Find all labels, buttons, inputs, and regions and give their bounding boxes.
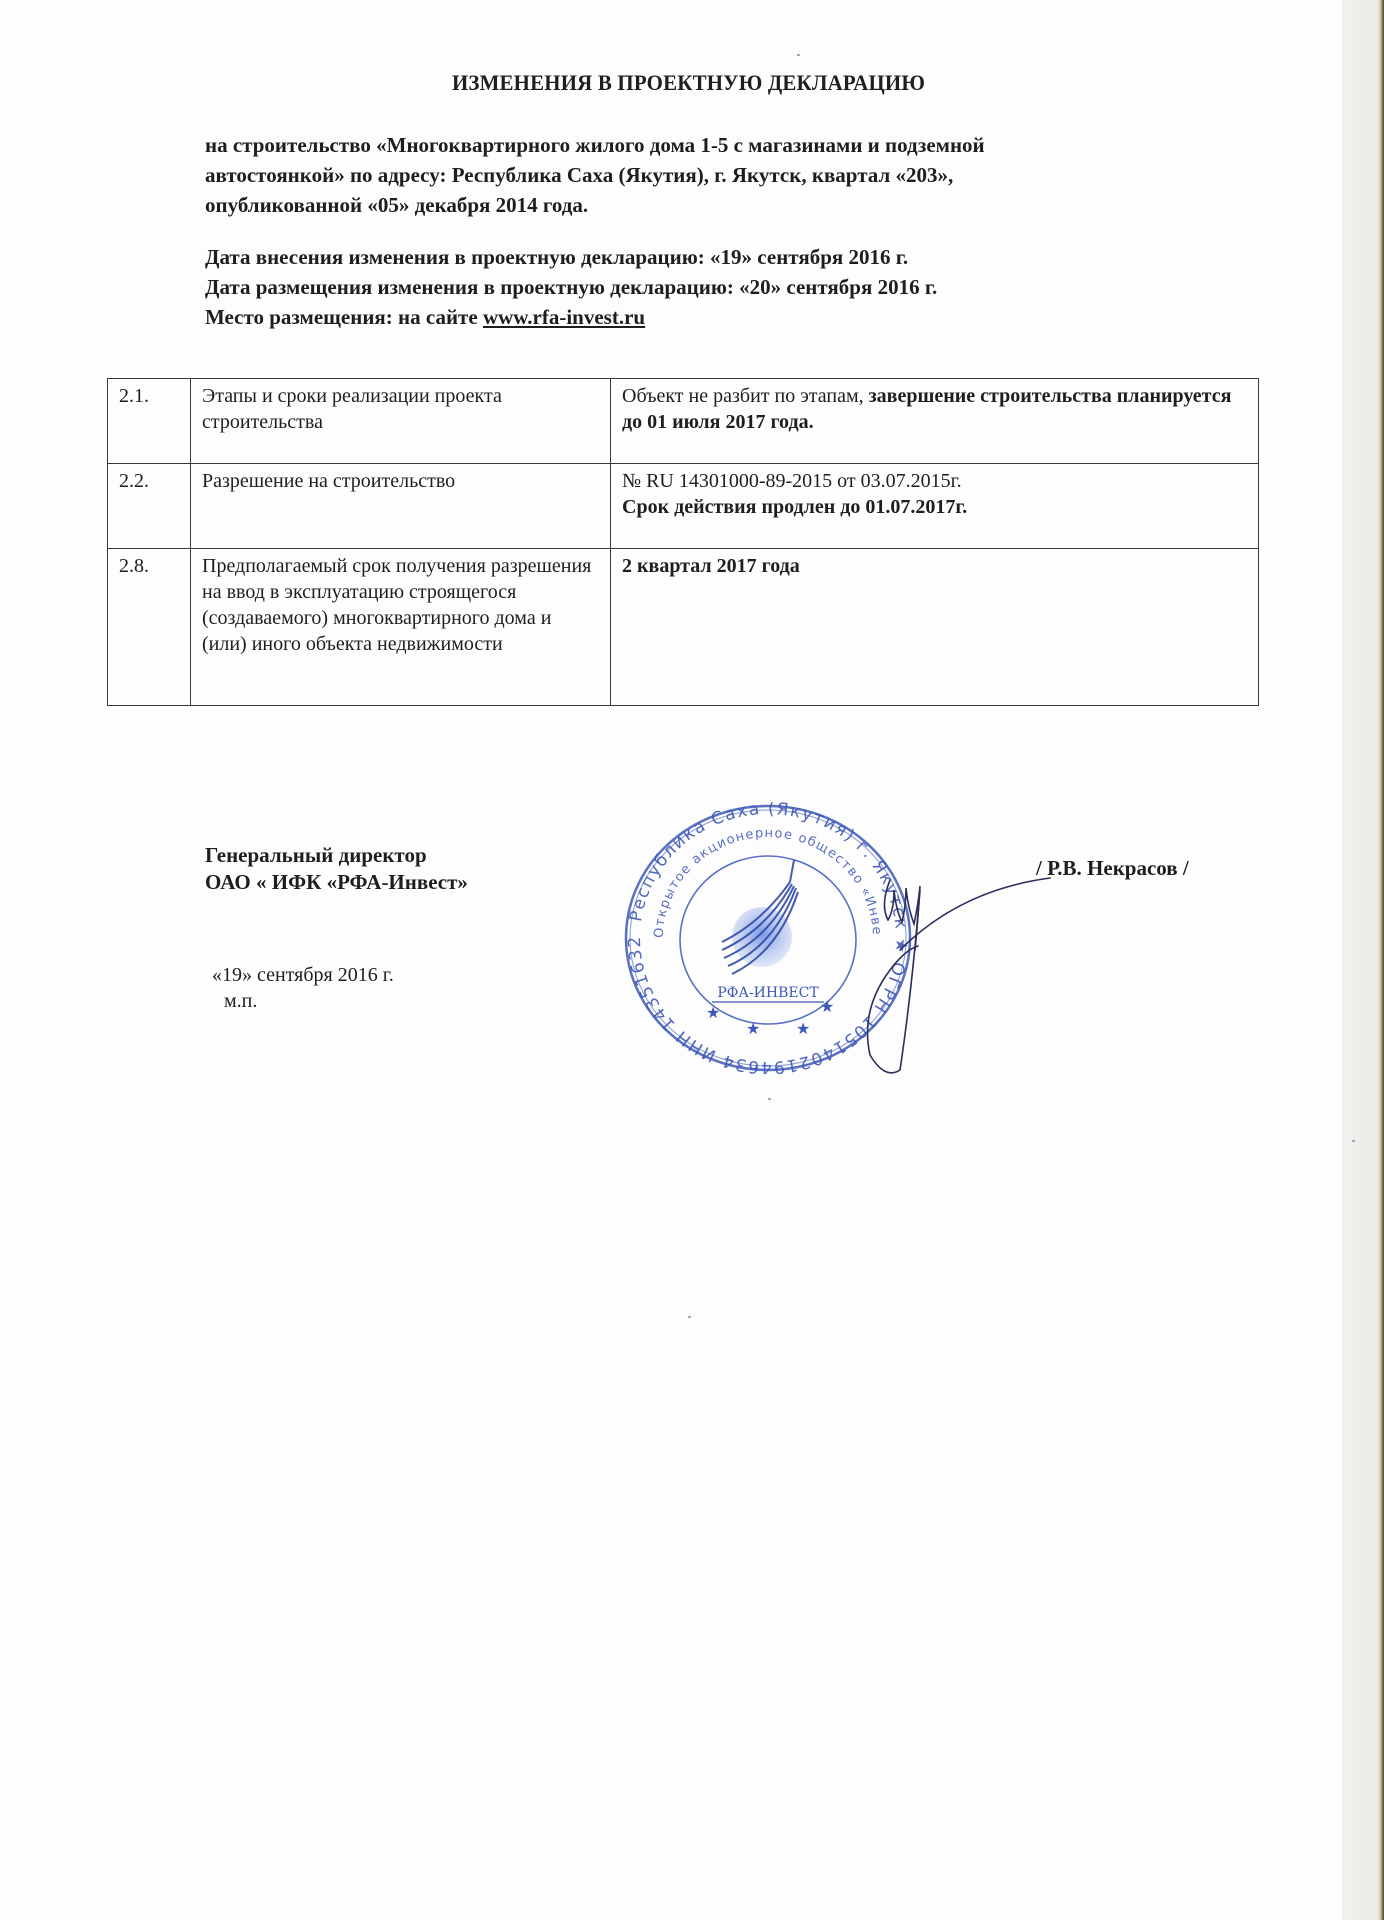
row-label: Предполагаемый срок получения разрешения… <box>191 549 611 706</box>
row-number: 2.2. <box>108 464 191 549</box>
row-value: 2 квартал 2017 года <box>611 549 1259 706</box>
scan-speck <box>688 1316 691 1318</box>
scan-speck <box>1352 1140 1355 1142</box>
intro-line: автостоянкой» по адресу: Республика Саха… <box>205 160 1185 190</box>
row-number: 2.1. <box>108 379 191 464</box>
signatory-company: ОАО « ИФК «РФА-Инвест» <box>205 869 468 896</box>
row-label: Разрешение на строительство <box>191 464 611 549</box>
scan-speck <box>768 1098 771 1100</box>
row-number: 2.8. <box>108 549 191 706</box>
placement-location: Место размещения: на сайте www.rfa-inves… <box>205 302 937 332</box>
signature-date: «19» сентября 2016 г. <box>212 962 394 988</box>
placement-prefix: Место размещения: на сайте <box>205 305 483 329</box>
scan-edge <box>1342 0 1384 1920</box>
value-plain: № RU 14301000-89-2015 от 03.07.2015г. <box>622 468 1249 494</box>
row-label: Этапы и сроки реализации проекта строите… <box>191 379 611 464</box>
dates-block: Дата внесения изменения в проектную декл… <box>205 242 937 332</box>
row-value: Объект не разбит по этапам, завершение с… <box>611 379 1259 464</box>
seal-mark: м.п. <box>212 988 394 1014</box>
value-bold: Срок действия продлен до 01.07.2017г. <box>622 494 1249 520</box>
svg-text:★: ★ <box>796 1019 810 1038</box>
intro-line: на строительство «Многоквартирного жилог… <box>205 130 1185 160</box>
stamp-logo-text: РФА-ИНВЕСТ <box>717 985 819 1001</box>
intro-paragraph: на строительство «Многоквартирного жилог… <box>205 130 1185 220</box>
signature-icon <box>860 850 1090 1080</box>
signatory-block: Генеральный директор ОАО « ИФК «РФА-Инве… <box>205 842 468 896</box>
website-link[interactable]: www.rfa-invest.ru <box>483 305 645 329</box>
signature-date-block: «19» сентября 2016 г. м.п. <box>212 962 394 1014</box>
placement-date: Дата размещения изменения в проектную де… <box>205 272 937 302</box>
intro-line: опубликованной «05» декабря 2014 года. <box>205 190 1185 220</box>
scan-speck <box>797 54 800 56</box>
svg-text:★: ★ <box>820 997 834 1016</box>
svg-text:★: ★ <box>746 1019 760 1038</box>
row-value: № RU 14301000-89-2015 от 03.07.2015г.Сро… <box>611 464 1259 549</box>
signatory-position: Генеральный директор <box>205 842 468 869</box>
declaration-table: 2.1. Этапы и сроки реализации проекта ст… <box>107 378 1259 706</box>
svg-text:★: ★ <box>706 1003 720 1022</box>
change-date: Дата внесения изменения в проектную декл… <box>205 242 937 272</box>
table-row: 2.8. Предполагаемый срок получения разре… <box>108 549 1259 706</box>
table-row: 2.2. Разрешение на строительство № RU 14… <box>108 464 1259 549</box>
value-bold: 2 квартал 2017 года <box>622 553 1249 579</box>
table-row: 2.1. Этапы и сроки реализации проекта ст… <box>108 379 1259 464</box>
value-plain: Объект не разбит по этапам, <box>622 385 869 407</box>
document-title: ИЗМЕНЕНИЯ В ПРОЕКТНУЮ ДЕКЛАРАЦИЮ <box>31 70 1346 96</box>
